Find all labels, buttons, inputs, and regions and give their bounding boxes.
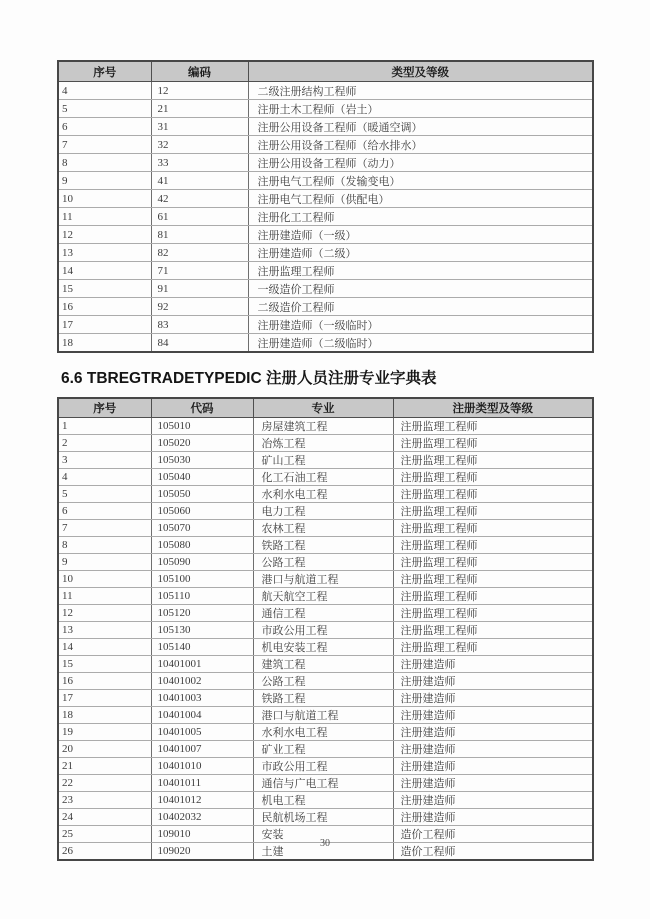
table-cell: 2 [58, 435, 151, 452]
table-body: 412二级注册结构工程师521注册土木工程师（岩土）631注册公用设备工程师（暖… [58, 82, 593, 353]
table-cell: 4 [58, 82, 151, 100]
table-cell: 注册化工工程师 [248, 208, 593, 226]
table-cell: 市政公用工程 [253, 622, 393, 639]
table-cell: 4 [58, 469, 151, 486]
table-cell: 注册建造师（一级） [248, 226, 593, 244]
table-cell: 农林工程 [253, 520, 393, 537]
table-row: 1591一级造价工程师 [58, 280, 593, 298]
table-cell: 水利水电工程 [253, 486, 393, 503]
table-cell: 注册建造师 [393, 707, 593, 724]
table-cell: 18 [58, 707, 151, 724]
table-cell: 15 [58, 656, 151, 673]
table-cell: 注册监理工程师 [393, 435, 593, 452]
table-cell: 12 [58, 605, 151, 622]
table-cell: 82 [151, 244, 248, 262]
table-cell: 12 [58, 226, 151, 244]
table-cell: 105070 [151, 520, 253, 537]
table-row: 1105010房屋建筑工程注册监理工程师 [58, 418, 593, 435]
table-row: 2105020冶炼工程注册监理工程师 [58, 435, 593, 452]
table-row: 1161注册化工工程师 [58, 208, 593, 226]
table-cell: 10401004 [151, 707, 253, 724]
table-row: 412二级注册结构工程师 [58, 82, 593, 100]
table-cell: 矿山工程 [253, 452, 393, 469]
table-cell: 注册监理工程师 [393, 486, 593, 503]
table-cell: 注册建造师 [393, 741, 593, 758]
table-cell: 注册电气工程师（供配电） [248, 190, 593, 208]
table-cell: 14 [58, 262, 151, 280]
table-cell: 注册公用设备工程师（给水排水） [248, 136, 593, 154]
table-cell: 注册建造师（二级临时） [248, 334, 593, 353]
table-cell: 注册建造师 [393, 758, 593, 775]
column-header-code: 编码 [151, 61, 248, 82]
table-cell: 注册监理工程师 [393, 503, 593, 520]
table-cell: 20 [58, 741, 151, 758]
table-row: 1692二级造价工程师 [58, 298, 593, 316]
table-cell: 91 [151, 280, 248, 298]
table-cell: 10402032 [151, 809, 253, 826]
table-row: 2410402032民航机场工程注册建造师 [58, 809, 593, 826]
table-cell: 10401005 [151, 724, 253, 741]
table-row: 1281注册建造师（一级） [58, 226, 593, 244]
table-cell: 16 [58, 673, 151, 690]
table-row: 5105050水利水电工程注册监理工程师 [58, 486, 593, 503]
table-cell: 10401003 [151, 690, 253, 707]
table-cell: 注册监理工程师 [393, 588, 593, 605]
table-cell: 注册监理工程师 [393, 520, 593, 537]
table-cell: 105040 [151, 469, 253, 486]
table-row: 941注册电气工程师（发输变电） [58, 172, 593, 190]
table-cell: 105090 [151, 554, 253, 571]
table-row: 2110401010市政公用工程注册建造师 [58, 758, 593, 775]
table-body: 1105010房屋建筑工程注册监理工程师2105020冶炼工程注册监理工程师31… [58, 418, 593, 861]
table-cell: 10 [58, 571, 151, 588]
table-cell: 13 [58, 622, 151, 639]
table-cell: 5 [58, 486, 151, 503]
table-cell: 81 [151, 226, 248, 244]
table-cell: 注册建造师（二级） [248, 244, 593, 262]
table-cell: 注册监理工程师 [393, 418, 593, 435]
table-cell: 21 [151, 100, 248, 118]
section-heading: 6.6 TBREGTRADETYPEDIC 注册人员注册专业字典表 [61, 366, 436, 388]
table-cell: 105010 [151, 418, 253, 435]
table-cell: 1 [58, 418, 151, 435]
table-cell: 注册建造师 [393, 690, 593, 707]
table-header: 序号 代码 专业 注册类型及等级 [58, 398, 593, 418]
table-cell: 42 [151, 190, 248, 208]
table-cell: 71 [151, 262, 248, 280]
table-row: 8105080铁路工程注册监理工程师 [58, 537, 593, 554]
table-cell: 13 [58, 244, 151, 262]
table-cell: 17 [58, 690, 151, 707]
table-cell: 5 [58, 100, 151, 118]
table-cell: 注册监理工程师 [393, 639, 593, 656]
table-cell: 10401012 [151, 792, 253, 809]
table-cell: 注册监理工程师 [393, 605, 593, 622]
table-cell: 注册建造师 [393, 775, 593, 792]
document-page: 序号 编码 类型及等级 412二级注册结构工程师521注册土木工程师（岩土）63… [0, 0, 650, 919]
table-cell: 房屋建筑工程 [253, 418, 393, 435]
column-header-code: 代码 [151, 398, 253, 418]
table-row: 2210401011通信与广电工程注册建造师 [58, 775, 593, 792]
table-cell: 24 [58, 809, 151, 826]
table-cell: 10401002 [151, 673, 253, 690]
table-cell: 18 [58, 334, 151, 353]
table-cell: 机电安装工程 [253, 639, 393, 656]
table-cell: 注册监理工程师 [393, 571, 593, 588]
table-row: 6105060电力工程注册监理工程师 [58, 503, 593, 520]
page-number: 30 [0, 838, 650, 849]
table-row: 12105120通信工程注册监理工程师 [58, 605, 593, 622]
table-cell: 水利水电工程 [253, 724, 393, 741]
table-cell: 10401001 [151, 656, 253, 673]
table-cell: 7 [58, 520, 151, 537]
table-cell: 市政公用工程 [253, 758, 393, 775]
table-cell: 32 [151, 136, 248, 154]
table-cell: 注册电气工程师（发输变电） [248, 172, 593, 190]
table-cell: 注册建造师 [393, 724, 593, 741]
table-cell: 105080 [151, 537, 253, 554]
table-cell: 105110 [151, 588, 253, 605]
table-cell: 33 [151, 154, 248, 172]
table-row: 1710401003铁路工程注册建造师 [58, 690, 593, 707]
table-cell: 注册监理工程师 [393, 554, 593, 571]
table-cell: 105100 [151, 571, 253, 588]
table-cell: 105060 [151, 503, 253, 520]
table-cell: 注册建造师 [393, 656, 593, 673]
table-row: 11105110航天航空工程注册监理工程师 [58, 588, 593, 605]
column-header-major: 专业 [253, 398, 393, 418]
table-row: 3105030矿山工程注册监理工程师 [58, 452, 593, 469]
table-row: 833注册公用设备工程师（动力） [58, 154, 593, 172]
table-row: 1810401004港口与航道工程注册建造师 [58, 707, 593, 724]
table-header-row: 序号 代码 专业 注册类型及等级 [58, 398, 593, 418]
table-cell: 11 [58, 208, 151, 226]
table-row: 13105130市政公用工程注册监理工程师 [58, 622, 593, 639]
table-cell: 港口与航道工程 [253, 707, 393, 724]
table-row: 1610401002公路工程注册建造师 [58, 673, 593, 690]
table-cell: 9 [58, 172, 151, 190]
table-cell: 17 [58, 316, 151, 334]
table-cell: 61 [151, 208, 248, 226]
table-cell: 通信工程 [253, 605, 393, 622]
table-row: 1382注册建造师（二级） [58, 244, 593, 262]
registration-major-dictionary-table: 序号 代码 专业 注册类型及等级 1105010房屋建筑工程注册监理工程师210… [57, 397, 594, 861]
table-row: 631注册公用设备工程师（暖通空调） [58, 118, 593, 136]
table-row: 4105040化工石油工程注册监理工程师 [58, 469, 593, 486]
table-cell: 3 [58, 452, 151, 469]
table-cell: 23 [58, 792, 151, 809]
table-cell: 注册建造师 [393, 673, 593, 690]
table-cell: 11 [58, 588, 151, 605]
table-cell: 6 [58, 118, 151, 136]
table-cell: 公路工程 [253, 554, 393, 571]
table-row: 9105090公路工程注册监理工程师 [58, 554, 593, 571]
table-cell: 10401010 [151, 758, 253, 775]
table-row: 10105100港口与航道工程注册监理工程师 [58, 571, 593, 588]
table-cell: 16 [58, 298, 151, 316]
table-cell: 二级造价工程师 [248, 298, 593, 316]
table-cell: 机电工程 [253, 792, 393, 809]
table-cell: 一级造价工程师 [248, 280, 593, 298]
table-cell: 21 [58, 758, 151, 775]
table-cell: 31 [151, 118, 248, 136]
table-row: 2010401007矿业工程注册建造师 [58, 741, 593, 758]
table-cell: 105130 [151, 622, 253, 639]
table-cell: 注册公用设备工程师（暖通空调） [248, 118, 593, 136]
table-cell: 注册建造师（一级临时） [248, 316, 593, 334]
table-cell: 22 [58, 775, 151, 792]
table-cell: 19 [58, 724, 151, 741]
table-row: 1510401001建筑工程注册建造师 [58, 656, 593, 673]
table-cell: 航天航空工程 [253, 588, 393, 605]
table-row: 1042注册电气工程师（供配电） [58, 190, 593, 208]
column-header-type-grade: 类型及等级 [248, 61, 593, 82]
table-cell: 6 [58, 503, 151, 520]
table-cell: 铁路工程 [253, 537, 393, 554]
table-cell: 通信与广电工程 [253, 775, 393, 792]
table-cell: 105140 [151, 639, 253, 656]
table-cell: 14 [58, 639, 151, 656]
table-cell: 15 [58, 280, 151, 298]
table-cell: 105050 [151, 486, 253, 503]
table-cell: 9 [58, 554, 151, 571]
table-cell: 10 [58, 190, 151, 208]
table-header-row: 序号 编码 类型及等级 [58, 61, 593, 82]
table-row: 732注册公用设备工程师（给水排水） [58, 136, 593, 154]
table-cell: 注册建造师 [393, 809, 593, 826]
table-cell: 铁路工程 [253, 690, 393, 707]
table-cell: 注册监理工程师 [393, 537, 593, 554]
table-row: 1783注册建造师（一级临时） [58, 316, 593, 334]
table-cell: 105030 [151, 452, 253, 469]
table-row: 521注册土木工程师（岩土） [58, 100, 593, 118]
table-cell: 105120 [151, 605, 253, 622]
table-cell: 8 [58, 537, 151, 554]
table-cell: 建筑工程 [253, 656, 393, 673]
table-cell: 冶炼工程 [253, 435, 393, 452]
table-row: 1910401005水利水电工程注册建造师 [58, 724, 593, 741]
table-cell: 41 [151, 172, 248, 190]
column-header-seq: 序号 [58, 61, 151, 82]
table-cell: 83 [151, 316, 248, 334]
table-header: 序号 编码 类型及等级 [58, 61, 593, 82]
table-cell: 注册建造师 [393, 792, 593, 809]
table-cell: 92 [151, 298, 248, 316]
table-cell: 7 [58, 136, 151, 154]
table-cell: 注册土木工程师（岩土） [248, 100, 593, 118]
column-header-seq: 序号 [58, 398, 151, 418]
table-cell: 化工石油工程 [253, 469, 393, 486]
table-cell: 84 [151, 334, 248, 353]
registration-type-table: 序号 编码 类型及等级 412二级注册结构工程师521注册土木工程师（岩土）63… [57, 60, 594, 353]
table-cell: 注册公用设备工程师（动力） [248, 154, 593, 172]
table-row: 1884注册建造师（二级临时） [58, 334, 593, 353]
table-cell: 民航机场工程 [253, 809, 393, 826]
table-cell: 公路工程 [253, 673, 393, 690]
table-cell: 电力工程 [253, 503, 393, 520]
table-cell: 港口与航道工程 [253, 571, 393, 588]
table-cell: 注册监理工程师 [248, 262, 593, 280]
table-cell: 矿业工程 [253, 741, 393, 758]
table-row: 7105070农林工程注册监理工程师 [58, 520, 593, 537]
table-cell: 注册监理工程师 [393, 452, 593, 469]
table-row: 2310401012机电工程注册建造师 [58, 792, 593, 809]
table-cell: 8 [58, 154, 151, 172]
table-cell: 10401007 [151, 741, 253, 758]
table-cell: 10401011 [151, 775, 253, 792]
table-row: 14105140机电安装工程注册监理工程师 [58, 639, 593, 656]
table-cell: 注册监理工程师 [393, 622, 593, 639]
column-header-reg-type-grade: 注册类型及等级 [393, 398, 593, 418]
table-cell: 注册监理工程师 [393, 469, 593, 486]
table-cell: 二级注册结构工程师 [248, 82, 593, 100]
table-cell: 105020 [151, 435, 253, 452]
table-row: 1471注册监理工程师 [58, 262, 593, 280]
table-cell: 12 [151, 82, 248, 100]
